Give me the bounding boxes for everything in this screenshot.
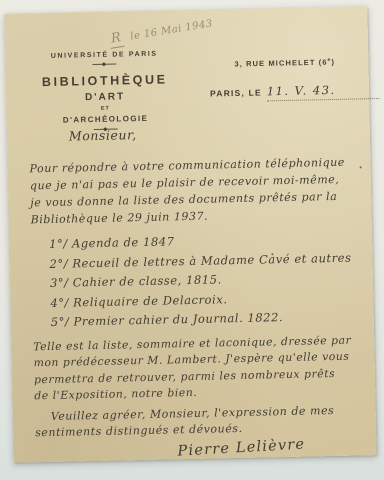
letterhead-address-street: 3, RUE MICHELET (6 [234, 58, 327, 69]
pencil-annotation-symbol: R [108, 30, 125, 49]
letter-paper: Rle 16 Mai 1943 UNIVERSITÉ DE PARIS BIBL… [4, 6, 376, 463]
paragraph-2: Telle est la liste, sommaire et laconiqu… [33, 332, 367, 405]
paper-speck [271, 253, 273, 255]
letterhead-university: UNIVERSITÉ DE PARIS [35, 50, 173, 60]
ornament-divider-top [92, 63, 116, 67]
paper-speck [360, 166, 362, 168]
letterhead-address-close: ) [331, 57, 335, 66]
paragraph-1: Pour répondre à votre communication télé… [29, 153, 363, 228]
letterhead-address: 3, RUE MICHELET (6e) [234, 57, 335, 69]
date-label: PARIS, LE [210, 87, 262, 98]
date-handwritten-value: 11. V. 43. [267, 82, 379, 101]
date-line: PARIS, LE11. V. 43. [210, 80, 379, 103]
letterhead-library-et: ET [36, 104, 174, 113]
letterhead-left-block: UNIVERSITÉ DE PARIS BIBLIOTHÈQUE D'ART E… [35, 50, 175, 132]
letter-body: Monsieur, Pour répondre à votre communic… [29, 122, 369, 459]
pencil-annotation: Rle 16 Mai 1943 [108, 15, 214, 48]
letterhead-library-dart: D'ART [36, 90, 174, 104]
scan-background: Rle 16 Mai 1943 UNIVERSITÉ DE PARIS BIBL… [0, 0, 384, 480]
pencil-annotation-date: le 16 Mai 1943 [130, 18, 214, 42]
letterhead-library-name: BIBLIOTHÈQUE [36, 72, 174, 89]
document-list: 1°/ Agenda de 1847 2°/ Recueil de lettre… [49, 228, 366, 332]
letterhead-library-archeologie: D'ARCHÉOLOGIE [36, 113, 174, 125]
